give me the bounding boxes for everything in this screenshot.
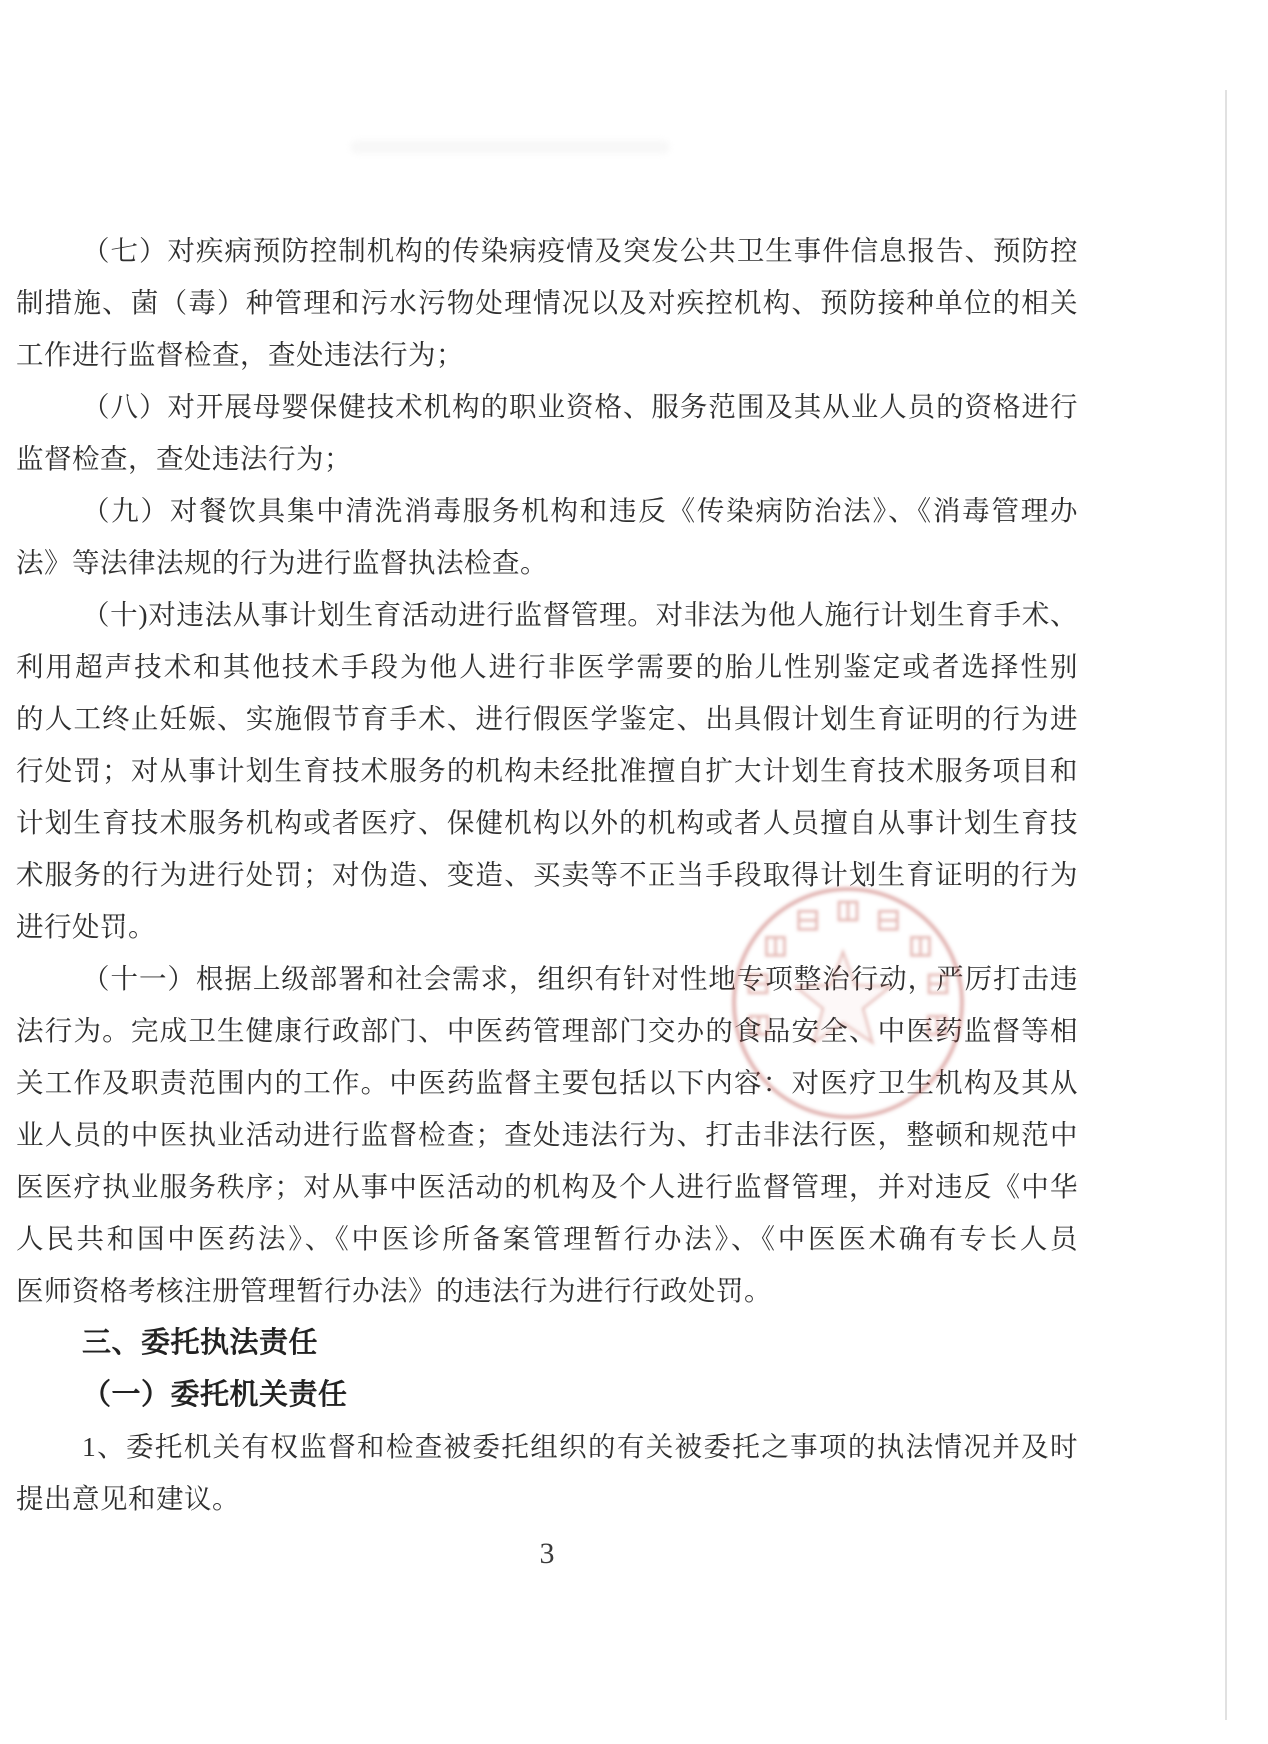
regulation-item-10-line-3: 的人工终止妊娠、实施假节育手术、进行假医学鉴定、出具假计划生育证明的行为进: [16, 693, 1078, 745]
scan-noise-smudge: [350, 140, 670, 154]
regulation-item-11-line-5: 医医疗执业服务秩序；对从事中医活动的机构及个人进行监督管理，并对违反《中华: [16, 1161, 1078, 1213]
regulation-item-9-line-2: 法》等法律法规的行为进行监督执法检查。: [16, 537, 1078, 589]
regulation-item-11-line-2: 法行为。完成卫生健康行政部门、中医药管理部门交办的食品安全、中医药监督等相: [16, 1005, 1078, 1057]
regulation-item-10-line-7: 进行处罚。: [16, 901, 1078, 953]
regulation-item-8-line-2: 监督检查，查处违法行为；: [16, 433, 1078, 485]
regulation-item-7-line-2: 制措施、菌（毒）种管理和污水污物处理情况以及对疾控机构、预防接种单位的相关: [16, 277, 1078, 329]
scanned-document-page: （七）对疾病预防控制机构的传染病疫情及突发公共卫生事件信息报告、预防控制措施、菌…: [0, 0, 1268, 1744]
scan-artifact-line: [1225, 90, 1227, 1720]
regulation-item-10-line-1: （十)对违法从事计划生育活动进行监督管理。对非法为他人施行计划生育手术、: [16, 589, 1078, 641]
regulation-item-10-line-2: 利用超声技术和其他技术手段为他人进行非医学需要的胎儿性别鉴定或者选择性别: [16, 641, 1078, 693]
regulation-item-11-line-1: （十一）根据上级部署和社会需求，组织有针对性地专项整治行动，严厉打击违: [16, 953, 1078, 1005]
regulation-item-7-line-1: （七）对疾病预防控制机构的传染病疫情及突发公共卫生事件信息报告、预防控: [16, 225, 1078, 277]
regulation-item-11-line-7: 医师资格考核注册管理暂行办法》的违法行为进行行政处罚。: [16, 1265, 1078, 1317]
regulation-item-8-line-1: （八）对开展母婴保健技术机构的职业资格、服务范围及其从业人员的资格进行: [16, 381, 1078, 433]
page-number: 3: [16, 1532, 1078, 1576]
regulation-item-9-line-1: （九）对餐饮具集中清洗消毒服务机构和违反《传染病防治法》、《消毒管理办: [16, 485, 1078, 537]
regulation-item-7-line-3: 工作进行监督检查，查处违法行为；: [16, 329, 1078, 381]
regulation-item-11-line-3: 关工作及职责范围内的工作。中医药监督主要包括以下内容：对医疗卫生机构及其从: [16, 1057, 1078, 1109]
regulation-item-10-line-6: 术服务的行为进行处罚；对伪造、变造、买卖等不正当手段取得计划生育证明的行为: [16, 849, 1078, 901]
regulation-item-10-line-4: 行处罚；对从事计划生育技术服务的机构未经批准擅自扩大计划生育技术服务项目和: [16, 745, 1078, 797]
regulation-item-11-line-6: 人民共和国中医药法》、《中医诊所备案管理暂行办法》、《中医医术确有专长人员: [16, 1213, 1078, 1265]
regulation-item-10-line-5: 计划生育技术服务机构或者医疗、保健机构以外的机构或者人员擅自从事计划生育技: [16, 797, 1078, 849]
clause-1-line-2: 提出意见和建议。: [16, 1473, 1078, 1525]
regulation-item-11-line-4: 业人员的中医执业活动进行监督检查；查处违法行为、打击非法行医，整顿和规范中: [16, 1109, 1078, 1161]
subsection-heading-1-line-1: （一）委托机关责任: [16, 1369, 1078, 1421]
document-body: （七）对疾病预防控制机构的传染病疫情及突发公共卫生事件信息报告、预防控制措施、菌…: [16, 225, 1078, 1525]
section-heading-3-line-1: 三、委托执法责任: [16, 1317, 1078, 1369]
clause-1-line-1: 1、委托机关有权监督和检查被委托组织的有关被委托之事项的执法情况并及时: [16, 1421, 1078, 1473]
